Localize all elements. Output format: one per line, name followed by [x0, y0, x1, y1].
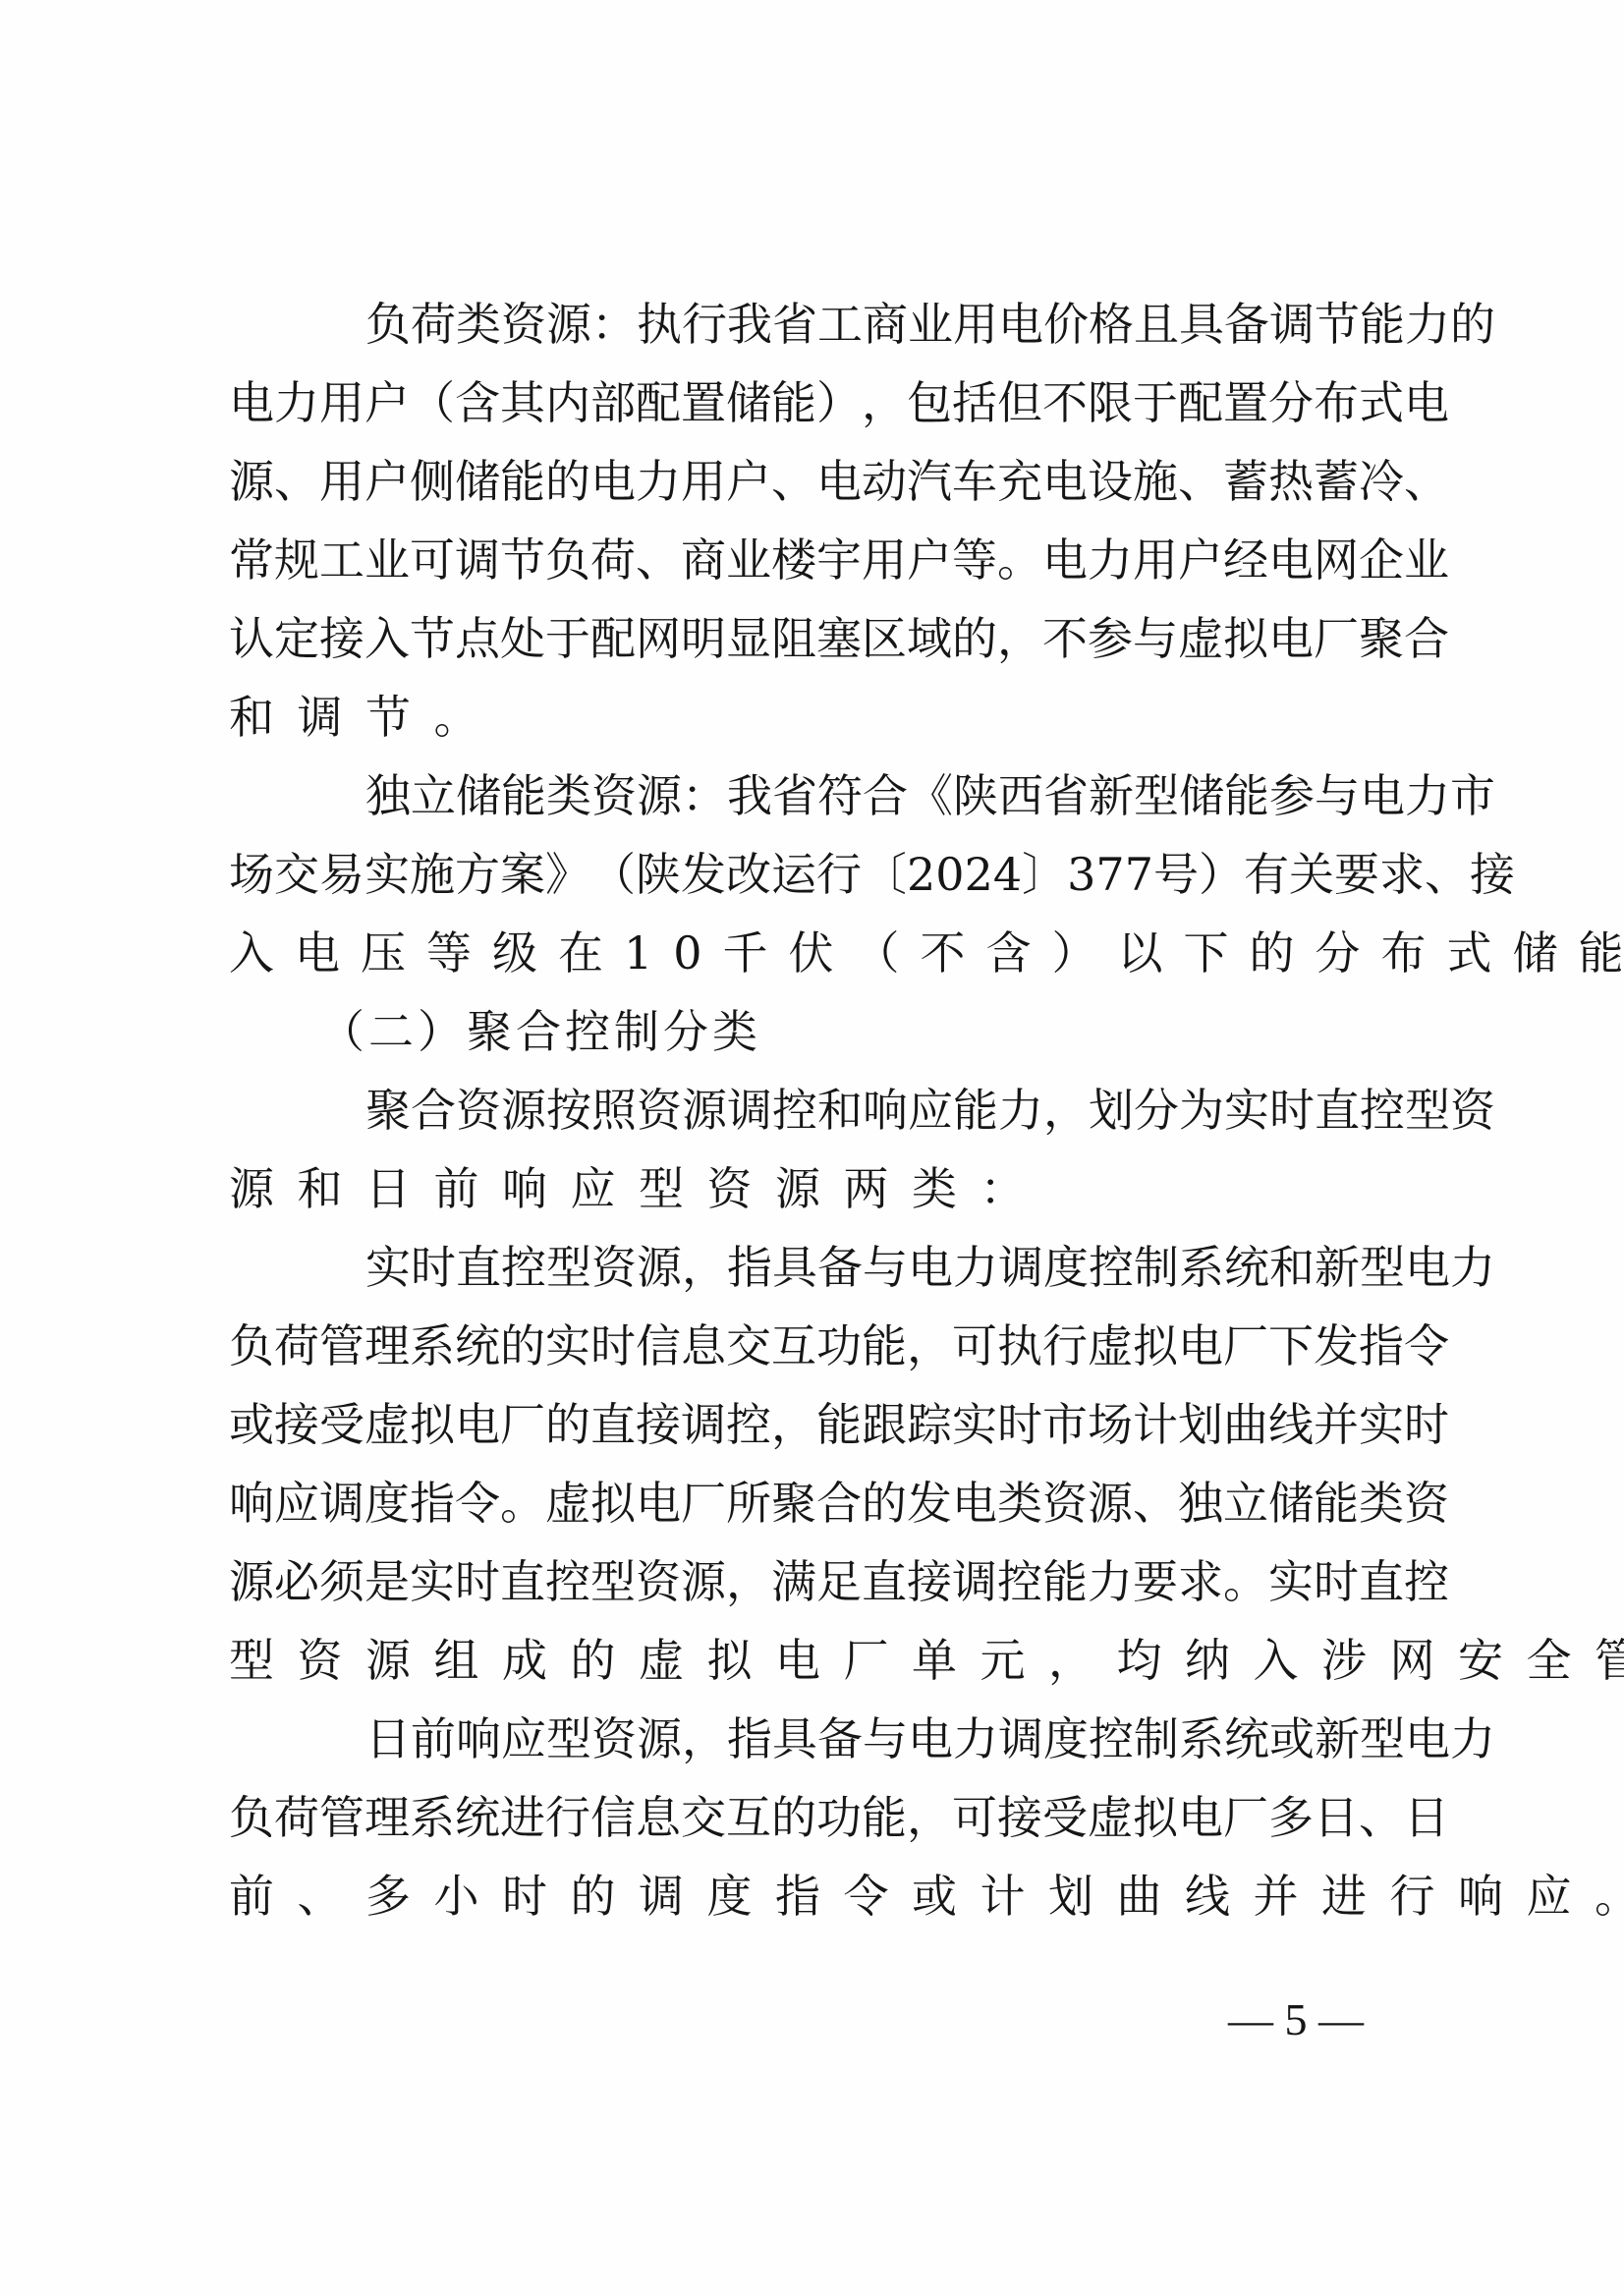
paragraph-load-resources-line-2: 电力用户（含其内部配置储能），包括但不限于配置分布式电 — [229, 368, 1394, 437]
paragraph-storage-resources-line-1: 独立储能类资源：我省符合《陕西省新型储能参与电力市 — [365, 761, 1394, 830]
paragraph-storage-resources-line-2: 场交易实施方案》（陕发改运行〔2024〕377号）有关要求、接 — [229, 840, 1394, 909]
page-number: — 5 — — [1228, 1992, 1364, 2047]
paragraph-storage-resources-line-3: 入电压等级在10千伏（不含）以下的分布式储能。 — [229, 919, 1624, 987]
paragraph-day-ahead-line-2: 负荷管理系统进行信息交互的功能，可接受虚拟电厂多日、日 — [229, 1783, 1394, 1852]
paragraph-day-ahead-line-3: 前、多小时的调度指令或计划曲线并进行响应。 — [229, 1862, 1624, 1931]
paragraph-load-resources-line-6: 和调节。 — [229, 683, 502, 752]
document-page: 负荷类资源：执行我省工商业用电价格且具备调节能力的 电力用户（含其内部配置储能）… — [0, 0, 1624, 2295]
paragraph-aggregation-line-1: 聚合资源按照资源调控和响应能力，划分为实时直控型资 — [365, 1076, 1394, 1145]
paragraph-load-resources-line-4: 常规工业可调节负荷、商业楼宇用户等。电力用户经电网企业 — [229, 526, 1394, 594]
paragraph-realtime-line-3: 或接受虚拟电厂的直接调控，能跟踪实时市场计划曲线并实时 — [229, 1390, 1394, 1459]
paragraph-realtime-line-1: 实时直控型资源，指具备与电力调度控制系统和新型电力 — [365, 1233, 1394, 1302]
paragraph-realtime-line-2: 负荷管理系统的实时信息交互功能，可执行虚拟电厂下发指令 — [229, 1312, 1394, 1380]
section-heading-aggregation-control: （二）聚合控制分类 — [319, 997, 761, 1066]
paragraph-load-resources-line-1: 负荷类资源：执行我省工商业用电价格且具备调节能力的 — [365, 290, 1394, 359]
paragraph-load-resources-line-5: 认定接入节点处于配网明显阻塞区域的，不参与虚拟电厂聚合 — [229, 604, 1394, 673]
paragraph-aggregation-line-2: 源和日前响应型资源两类： — [229, 1154, 1048, 1223]
paragraph-day-ahead-line-1: 日前响应型资源，指具备与电力调度控制系统或新型电力 — [365, 1705, 1394, 1773]
paragraph-realtime-line-5: 源必须是实时直控型资源，满足直接调控能力要求。实时直控 — [229, 1547, 1394, 1616]
paragraph-load-resources-line-3: 源、用户侧储能的电力用户、电动汽车充电设施、蓄热蓄冷、 — [229, 447, 1394, 516]
paragraph-realtime-line-6: 型资源组成的虚拟电厂单元，均纳入涉网安全管理范围。 — [229, 1626, 1624, 1695]
paragraph-realtime-line-4: 响应调度指令。虚拟电厂所聚合的发电类资源、独立储能类资 — [229, 1469, 1394, 1538]
